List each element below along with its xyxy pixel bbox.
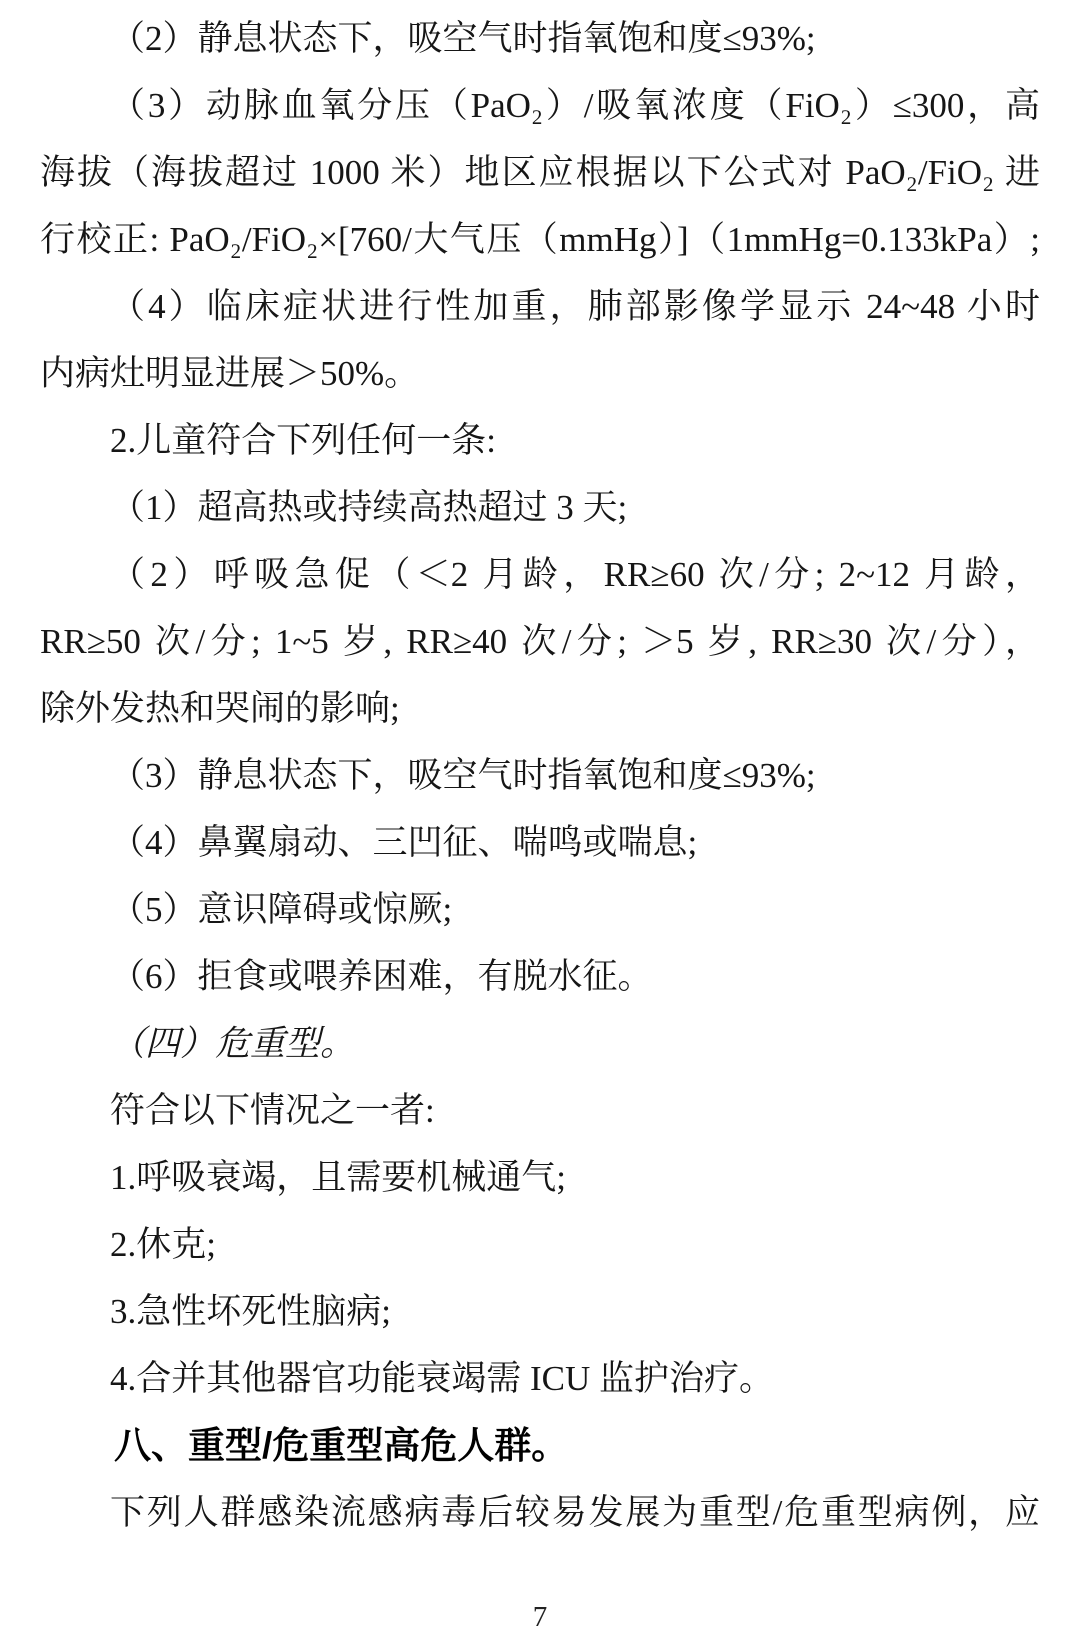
text-line: 1.呼吸衰竭，且需要机械通气; (40, 1144, 1040, 1211)
text-line: 3.急性坏死性脑病; (40, 1278, 1040, 1345)
document-lines: （2）静息状态下，吸空气时指氧饱和度≤93%;（3）动脉血氧分压（PaO₂）/吸… (40, 5, 1040, 1546)
text-line: 除外发热和哭闹的影响; (40, 675, 1040, 742)
text-line: （2）呼吸急促（＜2 月龄，RR≥60 次/分; 2~12 月龄， (40, 541, 1040, 608)
page-number: 7 (40, 1596, 1040, 1638)
text-line: 下列人群感染流感病毒后较易发展为重型/危重型病例，应 (40, 1479, 1040, 1546)
text-line: 行校正: PaO₂/FiO₂×[760/大气压（mmHg）]（1mmHg=0.1… (40, 206, 1040, 273)
text-line: （1）超高热或持续高热超过 3 天; (40, 474, 1040, 541)
text-line: （6）拒食或喂养困难，有脱水征。 (40, 943, 1040, 1010)
text-line: 4.合并其他器官功能衰竭需 ICU 监护治疗。 (40, 1345, 1040, 1412)
text-line: （4）临床症状进行性加重，肺部影像学显示 24~48 小时 (40, 273, 1040, 340)
document-page: （2）静息状态下，吸空气时指氧饱和度≤93%;（3）动脉血氧分压（PaO₂）/吸… (0, 0, 1080, 1638)
text-line: （4）鼻翼扇动、三凹征、喘鸣或喘息; (40, 809, 1040, 876)
text-line: （3）动脉血氧分压（PaO₂）/吸氧浓度（FiO₂）≤300，高 (40, 72, 1040, 139)
section-heading: 八、重型/危重型高危人群。 (40, 1412, 1040, 1479)
text-line: RR≥50 次/分; 1~5 岁, RR≥40 次/分; ＞5 岁, RR≥30… (40, 608, 1040, 675)
text-line: （2）静息状态下，吸空气时指氧饱和度≤93%; (40, 5, 1040, 72)
text-line: 海拔（海拔超过 1000 米）地区应根据以下公式对 PaO₂/FiO₂ 进 (40, 139, 1040, 206)
text-line: 2.休克; (40, 1211, 1040, 1278)
text-line: （5）意识障碍或惊厥; (40, 876, 1040, 943)
text-line: （四）危重型。 (40, 1010, 1040, 1077)
text-line: 2.儿童符合下列任何一条: (40, 407, 1040, 474)
text-line: 内病灶明显进展＞50%。 (40, 340, 1040, 407)
text-line: （3）静息状态下，吸空气时指氧饱和度≤93%; (40, 742, 1040, 809)
text-line: 符合以下情况之一者: (40, 1077, 1040, 1144)
